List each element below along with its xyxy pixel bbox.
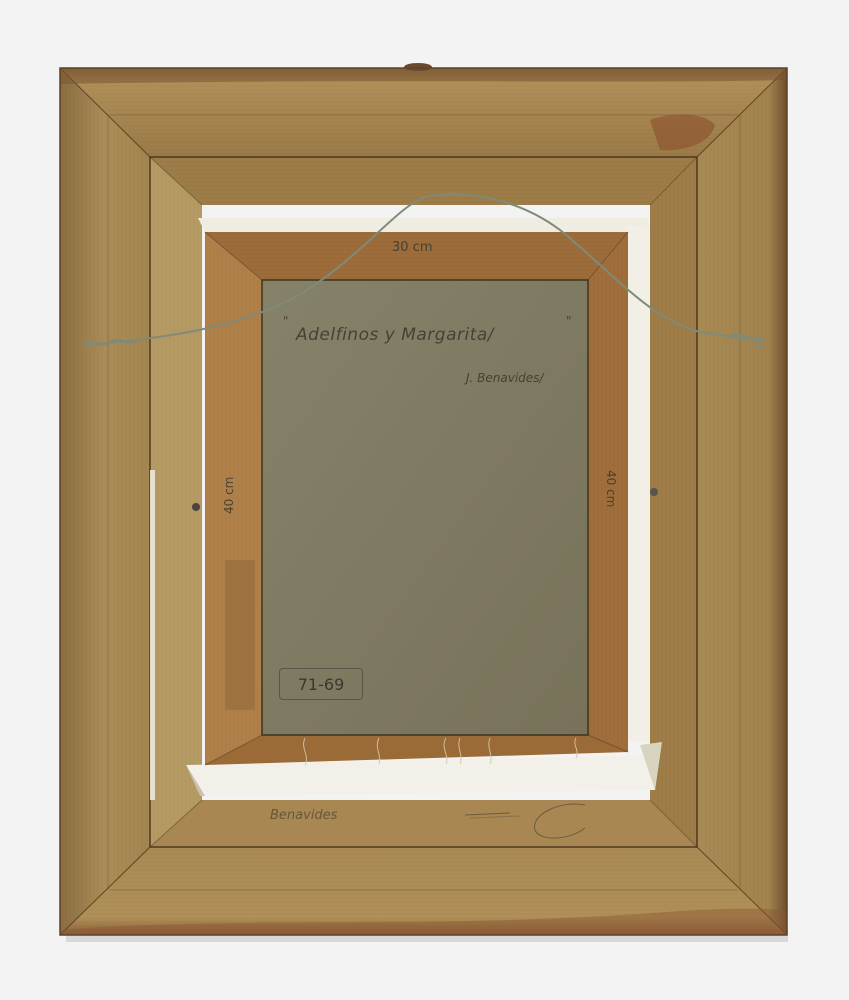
left-dimension-label: 40 cm (222, 477, 236, 514)
title-open-quote: " (283, 314, 289, 328)
top-dimension-label: 30 cm (392, 240, 433, 255)
inventory-number: 71-69 (298, 675, 345, 694)
frame-photo (0, 0, 849, 1000)
title-close-quote: " (566, 314, 572, 328)
screw-eye-right (650, 488, 658, 496)
screw-eye-left (192, 503, 200, 511)
painting-title-inscription: Adelfinos y Margarita/ (296, 325, 494, 345)
artist-signature-inscription: J. Benavides/ (466, 371, 543, 385)
canvas-back (262, 280, 588, 735)
inventory-number-box: 71-69 (279, 668, 363, 700)
frame-pencil-signature: Benavides (270, 808, 337, 823)
right-dimension-label: 40 cm (604, 470, 618, 507)
